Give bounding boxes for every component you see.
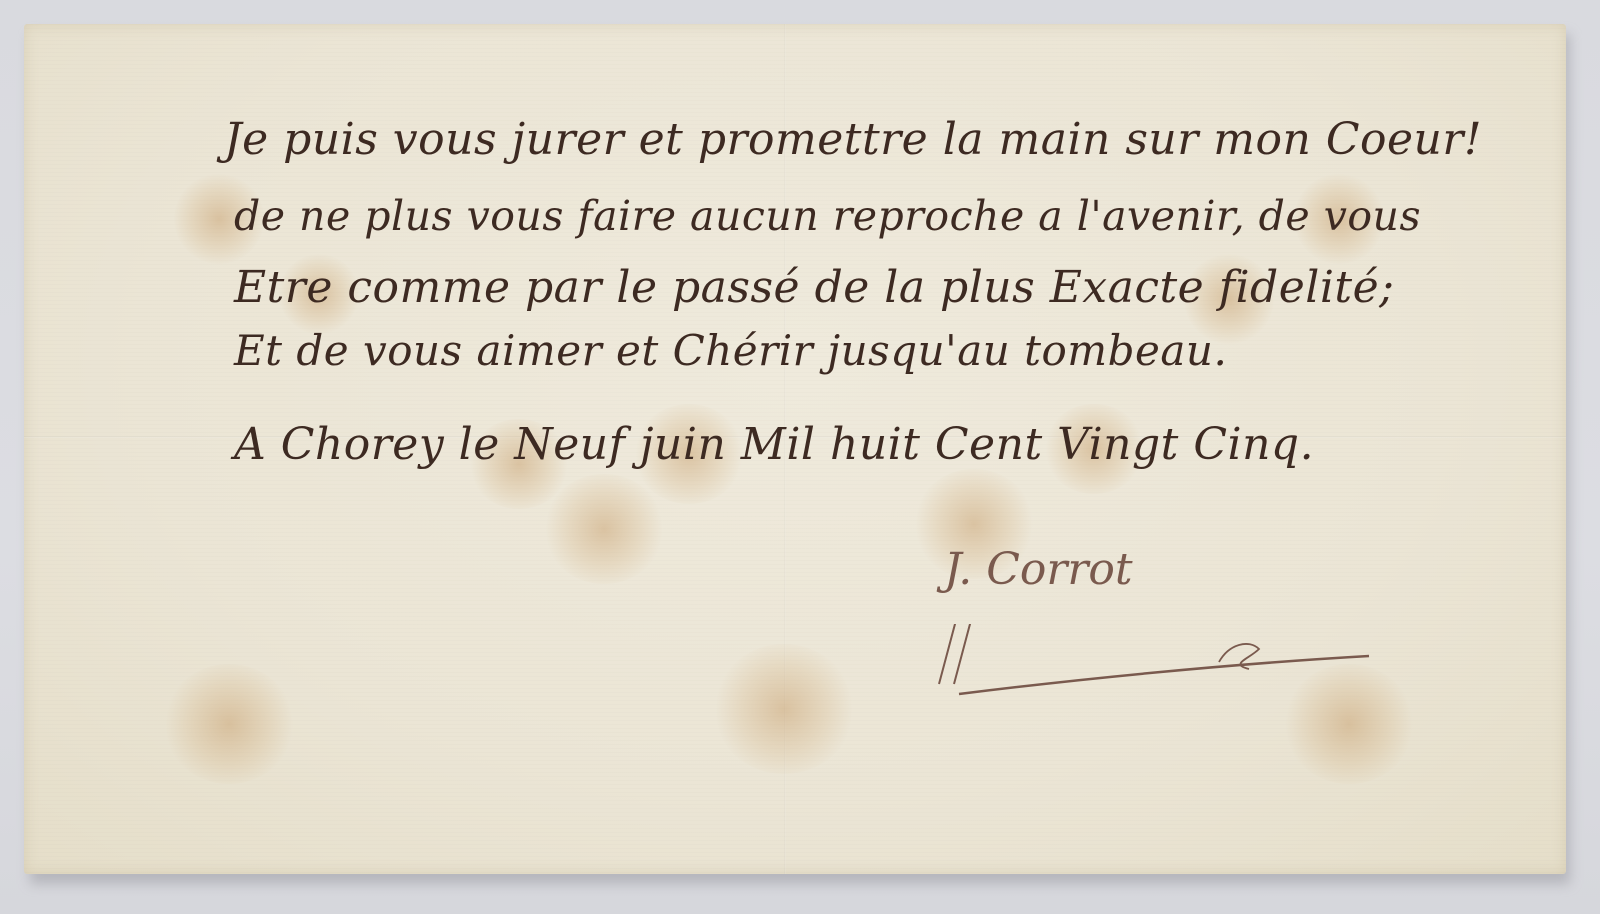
letter-line-4: Et de vous aimer et Chérir jusqu'au tomb… — [234, 326, 1227, 375]
letter-line-2: de ne plus vous faire aucun reproche a l… — [234, 192, 1421, 240]
letter-line-5: A Chorey le Neuf juin Mil huit Cent Ving… — [234, 419, 1314, 470]
signature-flourish — [929, 624, 1389, 724]
letter-paper: Je puis vous jurer et promettre la main … — [24, 24, 1566, 874]
foxing-stain — [544, 474, 664, 584]
foxing-stain — [714, 644, 854, 774]
letter-line-3: Etre comme par le passé de la plus Exact… — [234, 262, 1394, 313]
foxing-stain — [164, 664, 294, 784]
signature: J. Corrot — [944, 544, 1133, 595]
letter-line-1: Je puis vous jurer et promettre la main … — [224, 114, 1482, 165]
